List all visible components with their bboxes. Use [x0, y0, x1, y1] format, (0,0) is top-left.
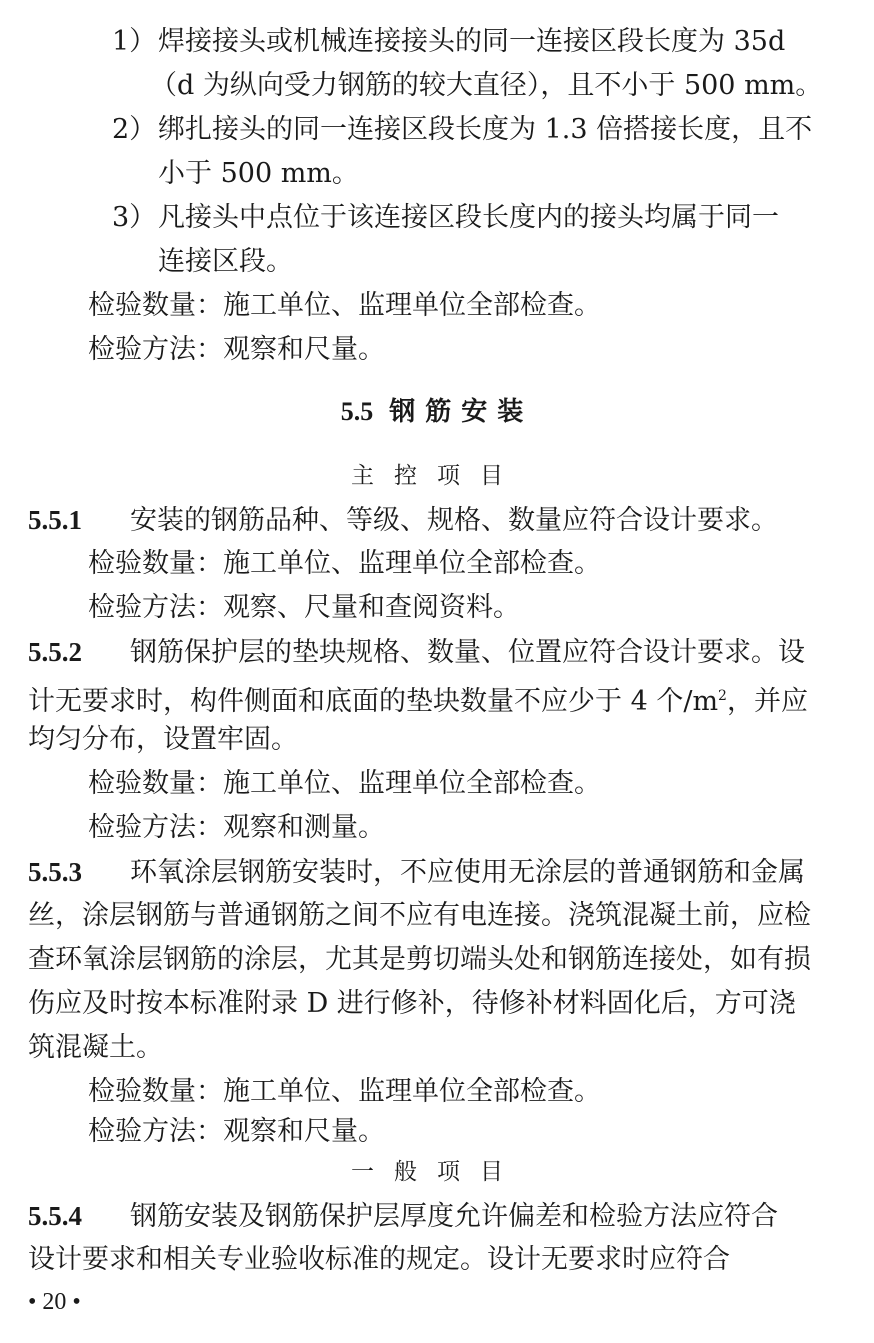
clause-5-5-1: 5.5.1安装的钢筋品种、等级、规格、数量应符合设计要求。: [28, 498, 778, 542]
main-control-heading: 主控项目: [0, 456, 874, 496]
clause-5-5-1-quantity: 检验数量：施工单位、监理单位全部检查。: [88, 542, 601, 586]
clause-number: 5.5.4: [28, 1194, 130, 1238]
page-number: • 20 •: [28, 1282, 81, 1322]
section-title: 5.5钢筋安装: [0, 390, 874, 434]
item-1-line-2: （d 为纵向受力钢筋的较大直径），且不小于 500 mm。: [150, 64, 822, 108]
clause-number: 5.5.3: [28, 850, 130, 894]
item-3-marker: 3）: [112, 196, 156, 240]
clause-5-5-3-line-2: 丝，涂层钢筋与普通钢筋之间不应有电连接。浇筑混凝土前，应检: [28, 894, 811, 938]
clause-5-5-2: 5.5.2钢筋保护层的垫块规格、数量、位置应符合设计要求。设: [28, 630, 805, 674]
clause-5-5-3-line-3: 查环氧涂层钢筋的涂层，尤其是剪切端头处和钢筋连接处，如有损: [28, 938, 811, 982]
clause-text: 环氧涂层钢筋安装时，不应使用无涂层的普通钢筋和金属: [130, 857, 805, 888]
section-number: 5.5: [341, 397, 374, 426]
general-heading: 一般项目: [0, 1152, 874, 1192]
clause-5-5-3-method: 检验方法：观察和尺量。: [88, 1110, 385, 1154]
item-3-line-1: 凡接头中点位于该连接区段长度内的接头均属于同一: [158, 196, 779, 240]
clause-5-5-3-line-5: 筑混凝土。: [28, 1026, 163, 1070]
section-title-text: 钢筋安装: [389, 397, 533, 427]
clause-5-5-4-line-2: 设计要求和相关专业验收标准的规定。设计无要求时应符合: [28, 1238, 730, 1282]
item-1-marker: 1）: [112, 20, 156, 64]
clause-text: 安装的钢筋品种、等级、规格、数量应符合设计要求。: [130, 505, 778, 536]
clause-5-5-4: 5.5.4钢筋安装及钢筋保护层厚度允许偏差和检验方法应符合: [28, 1194, 778, 1238]
clause-5-5-3-line-4: 伤应及时按本标准附录 D 进行修补，待修补材料固化后，方可浇: [28, 982, 796, 1026]
superscript: 2: [718, 688, 727, 704]
clause-5-5-3-quantity: 检验数量：施工单位、监理单位全部检查。: [88, 1070, 601, 1114]
clause-text: 计无要求时，构件侧面和底面的垫块数量不应少于 4 个/m: [28, 686, 718, 717]
item-2-line-2: 小于 500 mm。: [158, 152, 359, 196]
item-2-line-1: 绑扎接头的同一连接区段长度为 1.3 倍搭接长度，且不: [158, 108, 812, 152]
inspection-quantity: 检验数量：施工单位、监理单位全部检查。: [88, 284, 601, 328]
clause-5-5-2-line-2: 计无要求时，构件侧面和底面的垫块数量不应少于 4 个/m2，并应: [28, 674, 808, 718]
clause-text: 钢筋安装及钢筋保护层厚度允许偏差和检验方法应符合: [130, 1201, 778, 1232]
clause-text: 钢筋保护层的垫块规格、数量、位置应符合设计要求。设: [130, 637, 805, 668]
clause-5-5-2-quantity: 检验数量：施工单位、监理单位全部检查。: [88, 762, 601, 806]
clause-5-5-2-method: 检验方法：观察和测量。: [88, 806, 385, 850]
item-3-line-2: 连接区段。: [158, 240, 293, 284]
item-2-marker: 2）: [112, 108, 156, 152]
clause-text-suffix: ，并应: [727, 686, 808, 717]
clause-number: 5.5.2: [28, 630, 130, 674]
item-1-line-1: 焊接接头或机械连接接头的同一连接区段长度为 35d: [158, 20, 785, 64]
clause-5-5-3: 5.5.3环氧涂层钢筋安装时，不应使用无涂层的普通钢筋和金属: [28, 850, 805, 894]
clause-number: 5.5.1: [28, 498, 130, 542]
clause-5-5-2-line-3: 均匀分布，设置牢固。: [28, 718, 298, 762]
inspection-method: 检验方法：观察和尺量。: [88, 328, 385, 372]
clause-5-5-1-method: 检验方法：观察、尺量和查阅资料。: [88, 586, 520, 630]
